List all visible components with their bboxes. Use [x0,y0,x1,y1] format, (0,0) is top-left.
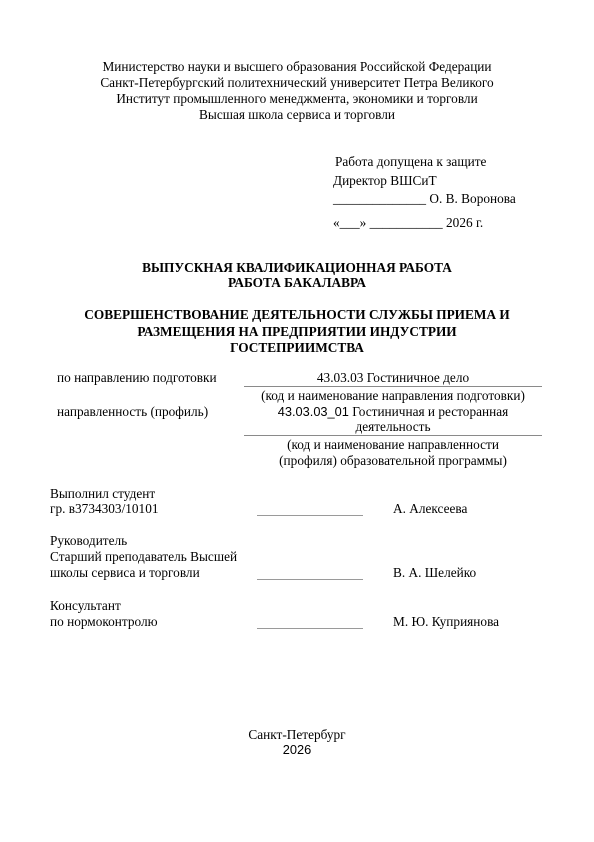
supervisor-name: В. А. Шелейко [393,564,476,581]
direction-value: 43.03.03 Гостиничное дело [244,369,542,386]
profile-code: 43.03.03_01 [278,404,349,419]
profile-label: направленность (профиль) [57,403,208,420]
supervisor-role-line-1: Руководитель [50,532,127,549]
student-signature-line [257,515,363,516]
profile-caption-line-1: (код и наименование направленности [244,436,542,453]
approval-date-line: «___» ___________ 2026 г. [333,214,483,231]
profile-value-rest: Гостиничная и ресторанная [349,404,508,419]
consultant-role-line-2: по нормоконтролю [50,613,158,630]
student-name: А. Алексеева [393,500,467,517]
consultant-signature-line [257,628,363,629]
approval-position: Директор ВШСиТ [333,172,437,189]
header-line-school: Высшая школа сервиса и торговли [0,106,594,123]
topic-line-1: СОВЕРШЕНСТВОВАНИЕ ДЕЯТЕЛЬНОСТИ СЛУЖБЫ ПР… [0,306,594,323]
supervisor-signature-line [257,579,363,580]
profile-caption-line-2: (профиля) образовательной программы) [244,452,542,469]
supervisor-role-line-2: Старший преподаватель Высшей [50,548,237,565]
direction-caption: (код и наименование направления подготов… [244,387,542,404]
header-line-university: Санкт-Петербургский политехнический унив… [0,74,594,91]
header-line-institute: Институт промышленного менеджмента, экон… [0,90,594,107]
footer-year: 2026 [0,741,594,758]
approval-signature-line: ______________ О. В. Воронова [333,190,516,207]
header-line-ministry: Министерство науки и высшего образования… [0,58,594,75]
student-role-line-2: гр. в3734303/10101 [50,500,159,517]
work-type-subtitle: РАБОТА БАКАЛАВРА [0,274,594,291]
consultant-role-line-1: Консультант [50,597,121,614]
topic-line-2: РАЗМЕЩЕНИЯ НА ПРЕДПРИЯТИИ ИНДУСТРИИ [0,323,594,340]
profile-value-line2: деятельность [244,418,542,435]
approval-admitted: Работа допущена к защите [335,153,486,170]
supervisor-role-line-3: школы сервиса и торговли [50,564,200,581]
direction-label: по направлению подготовки [57,369,217,386]
consultant-name: М. Ю. Куприянова [393,613,499,630]
topic-line-3: ГОСТЕПРИИМСТВА [0,339,594,356]
